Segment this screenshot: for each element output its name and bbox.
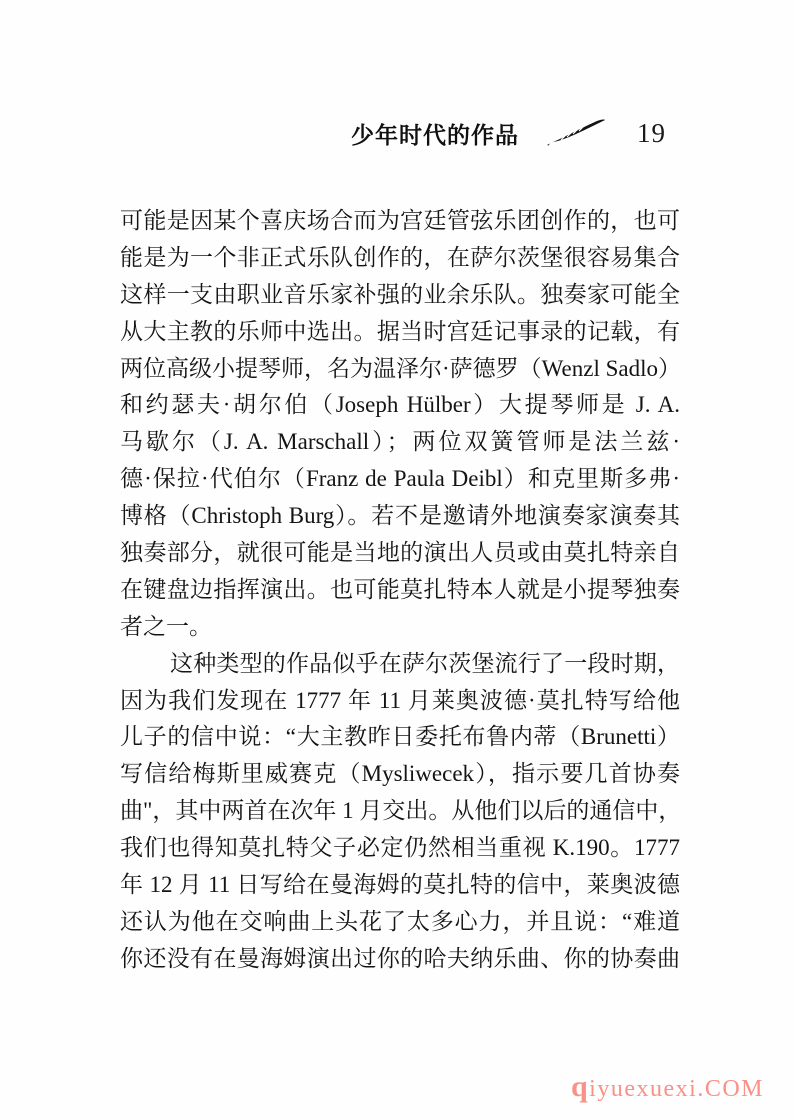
text-line: 马歇尔（J. A. Marschall）；两位双簧管师是法兰兹· xyxy=(120,424,680,461)
watermark-prefix: q xyxy=(571,1070,589,1103)
text-line: 能是为一个非正式乐队创作的，在萨尔茨堡很容易集合 xyxy=(120,240,680,277)
chapter-title: 少年时代的作品 xyxy=(351,117,519,150)
page-number: 19 xyxy=(637,118,666,149)
text-line: 在键盘边指挥演出。也可能莫扎特本人就是小提琴独奏 xyxy=(120,572,680,609)
body-text: 可能是因某个喜庆场合而为宫廷管弦乐团创作的，也可 能是为一个非正式乐队创作的，在… xyxy=(120,203,680,978)
text-line: 还认为他在交响曲上头花了太多心力，并且说：“难道 xyxy=(120,904,680,941)
text-line: 你还没有在曼海姆演出过你的哈夫纳乐曲、你的协奏曲 xyxy=(120,941,680,978)
text-line: 这样一支由职业音乐家补强的业余乐队。独奏家可能全 xyxy=(120,277,680,314)
text-line: 我们也得知莫扎特父子必定仍然相当重视 K.190。1777 xyxy=(120,830,680,867)
text-line: 博格（Christoph Burg）。若不是邀请外地演奏家演奏其 xyxy=(120,498,680,535)
quill-icon xyxy=(545,118,607,148)
watermark: qiyuexuexi.COM xyxy=(571,1070,764,1104)
watermark-suffix: .COM xyxy=(697,1076,764,1102)
text-line: 儿子的信中说：“大主教昨日委托布鲁内蒂（Brunetti） xyxy=(120,719,680,756)
text-line: 两位高级小提琴师，名为温泽尔·萨德罗（Wenzl Sadlo） xyxy=(120,351,680,388)
text-line: 德·保拉·代伯尔（Franz de Paula Deibl）和克里斯多弗· xyxy=(120,461,680,498)
watermark-text: iyuexuexi xyxy=(589,1076,697,1102)
text-line: 从大主教的乐师中选出。据当时宫廷记事录的记载，有 xyxy=(120,314,680,351)
text-line: 可能是因某个喜庆场合而为宫廷管弦乐团创作的，也可 xyxy=(120,203,680,240)
text-line: 独奏部分，就很可能是当地的演出人员或由莫扎特亲自 xyxy=(120,535,680,572)
text-line: 因为我们发现在 1777 年 11 月莱奥波德·莫扎特写给他 xyxy=(120,683,680,720)
text-line: 年 12 月 11 日写给在曼海姆的莫扎特的信中，莱奥波德 xyxy=(120,867,680,904)
text-line: 这种类型的作品似乎在萨尔茨堡流行了一段时期， xyxy=(120,646,680,683)
text-line: 和约瑟夫·胡尔伯（Joseph Hülber）大提琴师是 J. A. xyxy=(120,387,680,424)
text-line: 写信给梅斯里威赛克（Mysliwecek），指示要几首协奏 xyxy=(120,756,680,793)
text-line: 者之一。 xyxy=(120,609,680,646)
text-line: 曲"，其中两首在次年 1 月交出。从他们以后的通信中， xyxy=(120,793,680,830)
book-page: 少年时代的作品 19 可能是因某个喜庆场合而为宫廷管弦乐团创作的，也可 能是为一… xyxy=(0,0,794,1120)
page-header: 少年时代的作品 19 xyxy=(0,116,666,150)
